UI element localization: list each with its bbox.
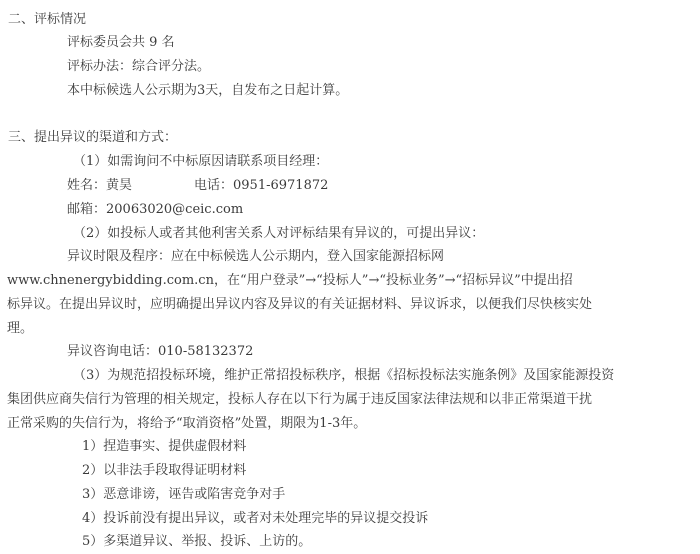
procedure-line-3: 标异议。在提出异议时，应明确提出异议内容及异议的有关证据材料、异议诉求，以便我们… [7,293,592,317]
violation-item: 3）恶意诽谤，诬告或陷害竞争对手 [82,483,285,507]
contact-row: 姓名：黄昊电话：0951-6971872 [67,174,328,198]
evaluation-method: 评标办法：综合评分法。 [67,55,210,79]
procedure-line-2-link[interactable]: www.chnenergybidding.com.cn，在“用户登录”→“投标人… [7,269,573,293]
violation-item: 5）多渠道异议、举报、投诉、上访的。 [82,530,311,554]
contact-name: 姓名：黄昊 [67,178,132,193]
item-3-line-1: （3）为规范招投标环境，维护正常招投标秩序，根据《招标投标法实施条例》及国家能源… [73,364,614,388]
violation-item: 2）以非法手段取得证明材料 [82,459,246,483]
committee-size: 评标委员会共 9 名 [67,31,175,55]
publicity-period: 本中标候选人公示期为3天，自发布之日起计算。 [67,79,348,103]
violation-item: 4）投诉前没有提出异议，或者对未处理完毕的异议提交投诉 [82,507,428,531]
section-2-heading: 二、评标情况 [8,8,86,32]
section-3-heading: 三、提出异议的渠道和方式： [8,126,177,150]
item-1-intro: （1）如需询问不中标原因请联系项目经理： [73,150,328,174]
contact-email[interactable]: 邮箱：20063020@ceic.com [67,198,243,222]
procedure-line-4: 理。 [7,317,33,341]
item-3-line-3: 正常采购的失信行为，将给予“取消资格”处置，期限为1-3年。 [7,412,366,436]
procedure-line-1: 异议时限及程序：应在中标候选人公示期内，登入国家能源招标网 [67,245,444,269]
contact-phone[interactable]: 电话：0951-6971872 [194,178,328,193]
item-3-line-2: 集团供应商失信行为管理的相关规定，投标人存在以下行为属于违反国家法律法规和以非正… [7,388,592,412]
objection-hotline: 异议咨询电话：010-58132372 [67,340,253,364]
violation-item: 1）捏造事实、提供虚假材料 [82,435,246,459]
item-2-intro: （2）如投标人或者其他利害关系人对评标结果有异议的，可提出异议： [73,222,484,246]
